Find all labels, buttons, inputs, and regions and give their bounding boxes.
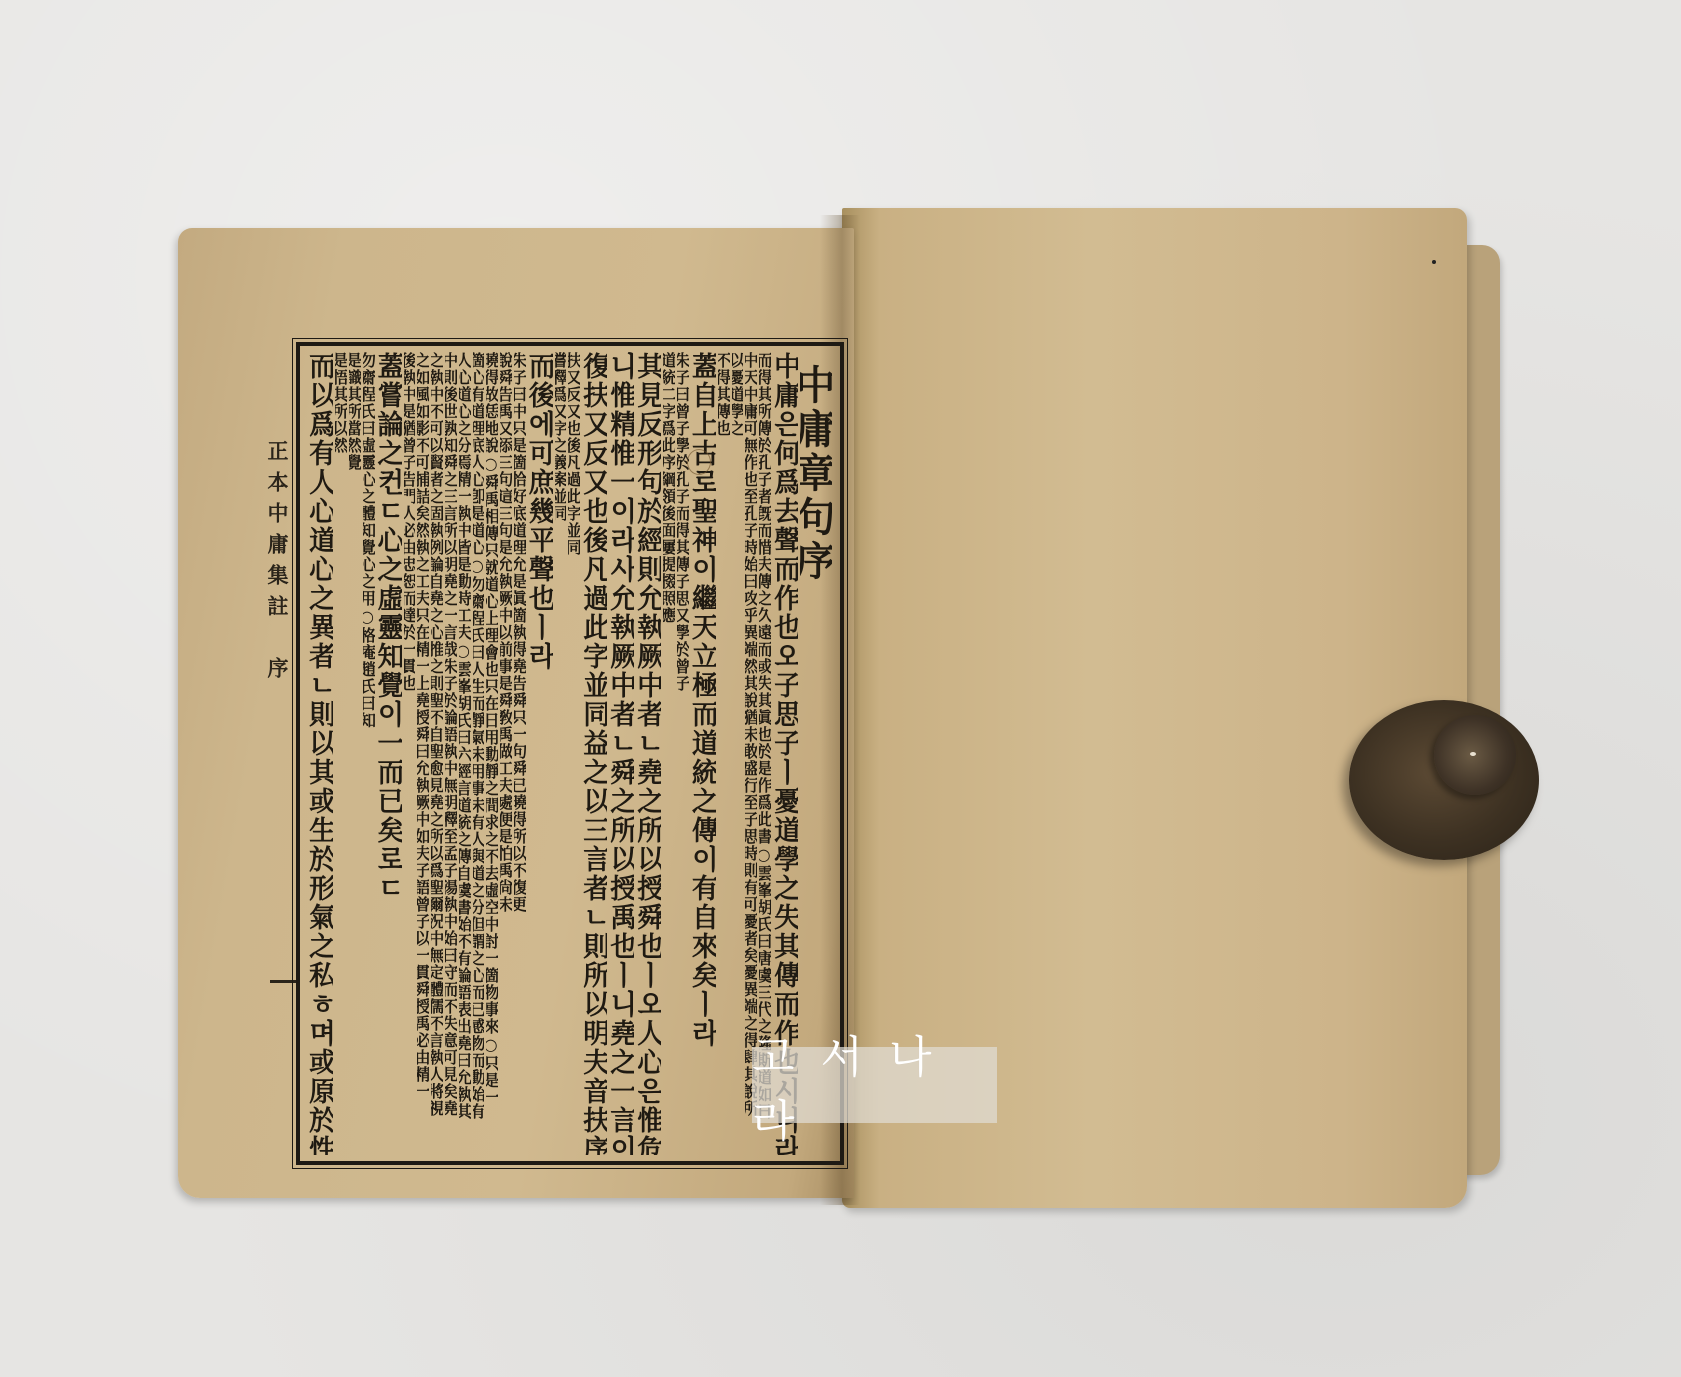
commentary-column: 嘗釋爲又字之義案並同 [555, 352, 567, 1155]
ink-dot [1432, 260, 1436, 264]
commentary-column: 以憂道學之 [732, 352, 744, 1155]
commentary-column: 箇心有道理底人心卽是道心○勿齋程氏曰人生而靜氣未用事未有人與道之分但謂之心而已感… [473, 352, 485, 1155]
commentary-column: 曉得故恁地說○舜禹相傳只就道心上理會也只在日用動靜之間求之不去虛空中討一箇物事來… [486, 352, 498, 1155]
commentary-column: 扶又反又也後凡過此字並同 [568, 352, 580, 1155]
page-number-mark [270, 980, 296, 983]
commentary-column: 不得其傳也 [718, 352, 730, 1155]
main-text-column: 復扶又反又也後凡過此字並同益之以三言者ㄴ則所以明夫音扶序中除夫子之堯之一言이必如… [582, 352, 607, 1155]
commentary-column: 朱子曰曾子學於孔子而得其傳子思又學於曾子 [677, 352, 689, 1155]
commentary-column: 勿齋程氏曰虛靈心之體知覺心之用○格庵趙氏曰知 [363, 352, 375, 1155]
main-text-column: 其見反形句於經則允執厥中者ㄴ堯之所以授舜也ㅣ오人心은惟危ㅎ고道心은惟微ㅎ [636, 352, 661, 1155]
main-text-column: 蓋嘗論之컨ㄷ心之虛靈知覺이一而已矣로ㄷ [377, 352, 402, 1155]
commentary-column: 是識其所當然覺 [349, 352, 361, 1155]
weight-highlight [1470, 752, 1476, 756]
commentary-column: 道統二字爲此序綱領後面屢提掇照應 [663, 352, 675, 1155]
main-text-column: 니惟精惟一이라사允執厥中者ㄴ舜之所以授禹也ㅣ니堯之一言이至矣盡矣而舜이 [609, 352, 634, 1155]
commentary-column: 後執中是猶曾子告門人必由忠恕而達於一貫也 [404, 352, 416, 1155]
margin-title: 正本中庸集註 序 [262, 440, 292, 688]
open-book: 正本中庸集註 序 中庸章句序中庸은何爲去聲而作也오子思子ㅣ憂道學之失其傳而作也시… [0, 0, 1681, 1377]
commentary-column: 是悟其所以然 [335, 352, 347, 1155]
watermark: 고서나라 [752, 1047, 997, 1123]
main-text-column: 而後에可庶幾平聲也ㅣ라 [528, 352, 553, 1155]
commentary-column: 說舜告禹又添三句這三句是允執厥中以前事是舜敎禹做工夫處便是怕禹尙未 [500, 352, 512, 1155]
commentary-column: 中則後世孰知舜之三言所以明堯之一言哉朱子於論語執中無明釋至孟子湯執中始曰守而不失… [445, 352, 457, 1155]
commentary-column: 朱子曰中只是箇恰好底道理允是眞箇執得堯告舜只一句舜已曉得所以不復更 [514, 352, 526, 1155]
commentary-column: 之如風如影不可捕詰矣然執之工夫只在精一上堯授舜曰允執厥中如夫子語曾子以一貫舜授禹… [417, 352, 429, 1155]
ink-stain-circle [687, 449, 711, 475]
main-text-column: 而以爲有人心道心之異者ㄴ則以其或生於形氣之私ㅎ며或原於性命 [308, 352, 333, 1155]
commentary-column: 之執中不可以賢者之固執例論自堯之心推之則聖不自聖愈見堯之所以爲聖爾況中無定體儒不… [431, 352, 443, 1155]
commentary-column: 人心道心之分焉精一執中皆是動時工夫○雲峯胡氏曰六經言道統之傳自虞書始不有論語表出… [459, 352, 471, 1155]
